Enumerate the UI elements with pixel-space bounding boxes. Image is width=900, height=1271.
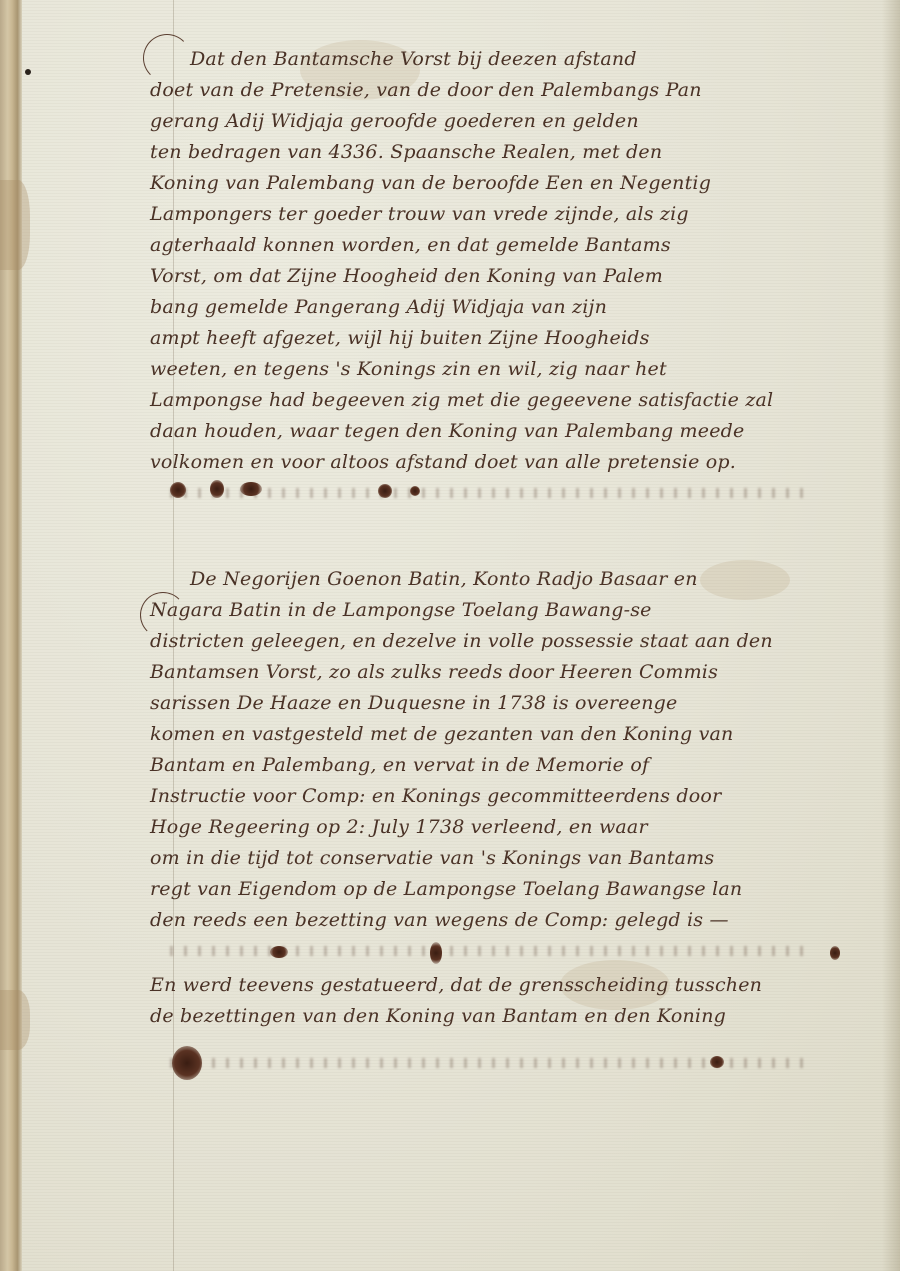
text-line: Lampongse had begeeven zig met die gegee… bbox=[150, 385, 870, 416]
text-line: daan houden, waar tegen den Koning van P… bbox=[150, 416, 870, 447]
paragraph-3: En werd teevens gestatueerd, dat de gren… bbox=[150, 970, 870, 1082]
text-line: Dat den Bantamsche Vorst bij deezen afst… bbox=[150, 44, 870, 75]
text-line: regt van Eigendom op de Lampongse Toelan… bbox=[150, 874, 870, 905]
text-line: En werd teevens gestatueerd, dat de gren… bbox=[150, 970, 870, 1001]
text-line: agterhaald konnen worden, en dat gemelde… bbox=[150, 230, 870, 261]
text-line: ten bedragen van 4336. Spaansche Realen,… bbox=[150, 137, 870, 168]
text-line: om in die tijd tot conservatie van 's Ko… bbox=[150, 843, 870, 874]
bleed-ghost-strokes bbox=[170, 946, 810, 956]
water-stain bbox=[0, 180, 30, 270]
text-line: Hoge Regeering op 2: July 1738 verleend,… bbox=[150, 812, 870, 843]
ink-blot bbox=[430, 942, 442, 964]
paragraph-gap bbox=[150, 506, 870, 564]
text-line: De Negorijen Goenon Batin, Konto Radjo B… bbox=[150, 564, 870, 595]
text-line: gerang Adij Widjaja geroofde goederen en… bbox=[150, 106, 870, 137]
page-curl-shadow bbox=[882, 0, 900, 1271]
text-line: bang gemelde Pangerang Adij Widjaja van … bbox=[150, 292, 870, 323]
ink-blot bbox=[378, 484, 392, 498]
text-line: Nagara Batin in de Lampongse Toelang Baw… bbox=[150, 595, 870, 626]
text-line: den reeds een bezetting van wegens de Co… bbox=[150, 905, 870, 936]
bleed-ghost-strokes bbox=[170, 488, 810, 498]
manuscript-page: Dat den Bantamsche Vorst bij deezen afst… bbox=[0, 0, 900, 1271]
text-line: Vorst, om dat Zijne Hoogheid den Koning … bbox=[150, 261, 870, 292]
text-line: Bantamsen Vorst, zo als zulks reeds door… bbox=[150, 657, 870, 688]
text-line: districten geleegen, en dezelve in volle… bbox=[150, 626, 870, 657]
paragraph-1: Dat den Bantamsche Vorst bij deezen afst… bbox=[150, 44, 870, 506]
ink-blot bbox=[270, 946, 288, 958]
text-line: weeten, en tegens 's Konings zin en wil,… bbox=[150, 354, 870, 385]
ink-bleed-through bbox=[150, 936, 870, 970]
ink-blot bbox=[172, 1046, 202, 1080]
ink-blot bbox=[170, 482, 186, 498]
ink-blot bbox=[240, 482, 262, 496]
ink-bleed-through bbox=[150, 478, 870, 506]
text-line: Instructie voor Comp: en Konings gecommi… bbox=[150, 781, 870, 812]
text-line: doet van de Pretensie, van de door den P… bbox=[150, 75, 870, 106]
text-line: sarissen De Haaze en Duquesne in 1738 is… bbox=[150, 688, 870, 719]
water-stain bbox=[0, 990, 30, 1050]
ink-blot bbox=[830, 946, 840, 960]
ink-blot bbox=[710, 1056, 724, 1068]
ink-blot bbox=[410, 486, 420, 496]
text-line: Lampongers ter goeder trouw van vrede zi… bbox=[150, 199, 870, 230]
text-line: komen en vastgesteld met de gezanten van… bbox=[150, 719, 870, 750]
manuscript-text: Dat den Bantamsche Vorst bij deezen afst… bbox=[150, 44, 870, 1082]
text-line: ampt heeft afgezet, wijl hij buiten Zijn… bbox=[150, 323, 870, 354]
text-line: volkomen en voor altoos afstand doet van… bbox=[150, 447, 870, 478]
text-line: de bezettingen van den Koning van Bantam… bbox=[150, 1001, 870, 1032]
paragraph-2: De Negorijen Goenon Batin, Konto Radjo B… bbox=[150, 564, 870, 970]
punch-hole-icon bbox=[25, 69, 31, 75]
ink-bleed-through bbox=[150, 1032, 870, 1082]
text-line: Koning van Palembang van de beroofde Een… bbox=[150, 168, 870, 199]
text-line: Bantam en Palembang, en vervat in de Mem… bbox=[150, 750, 870, 781]
ink-blot bbox=[210, 480, 224, 498]
